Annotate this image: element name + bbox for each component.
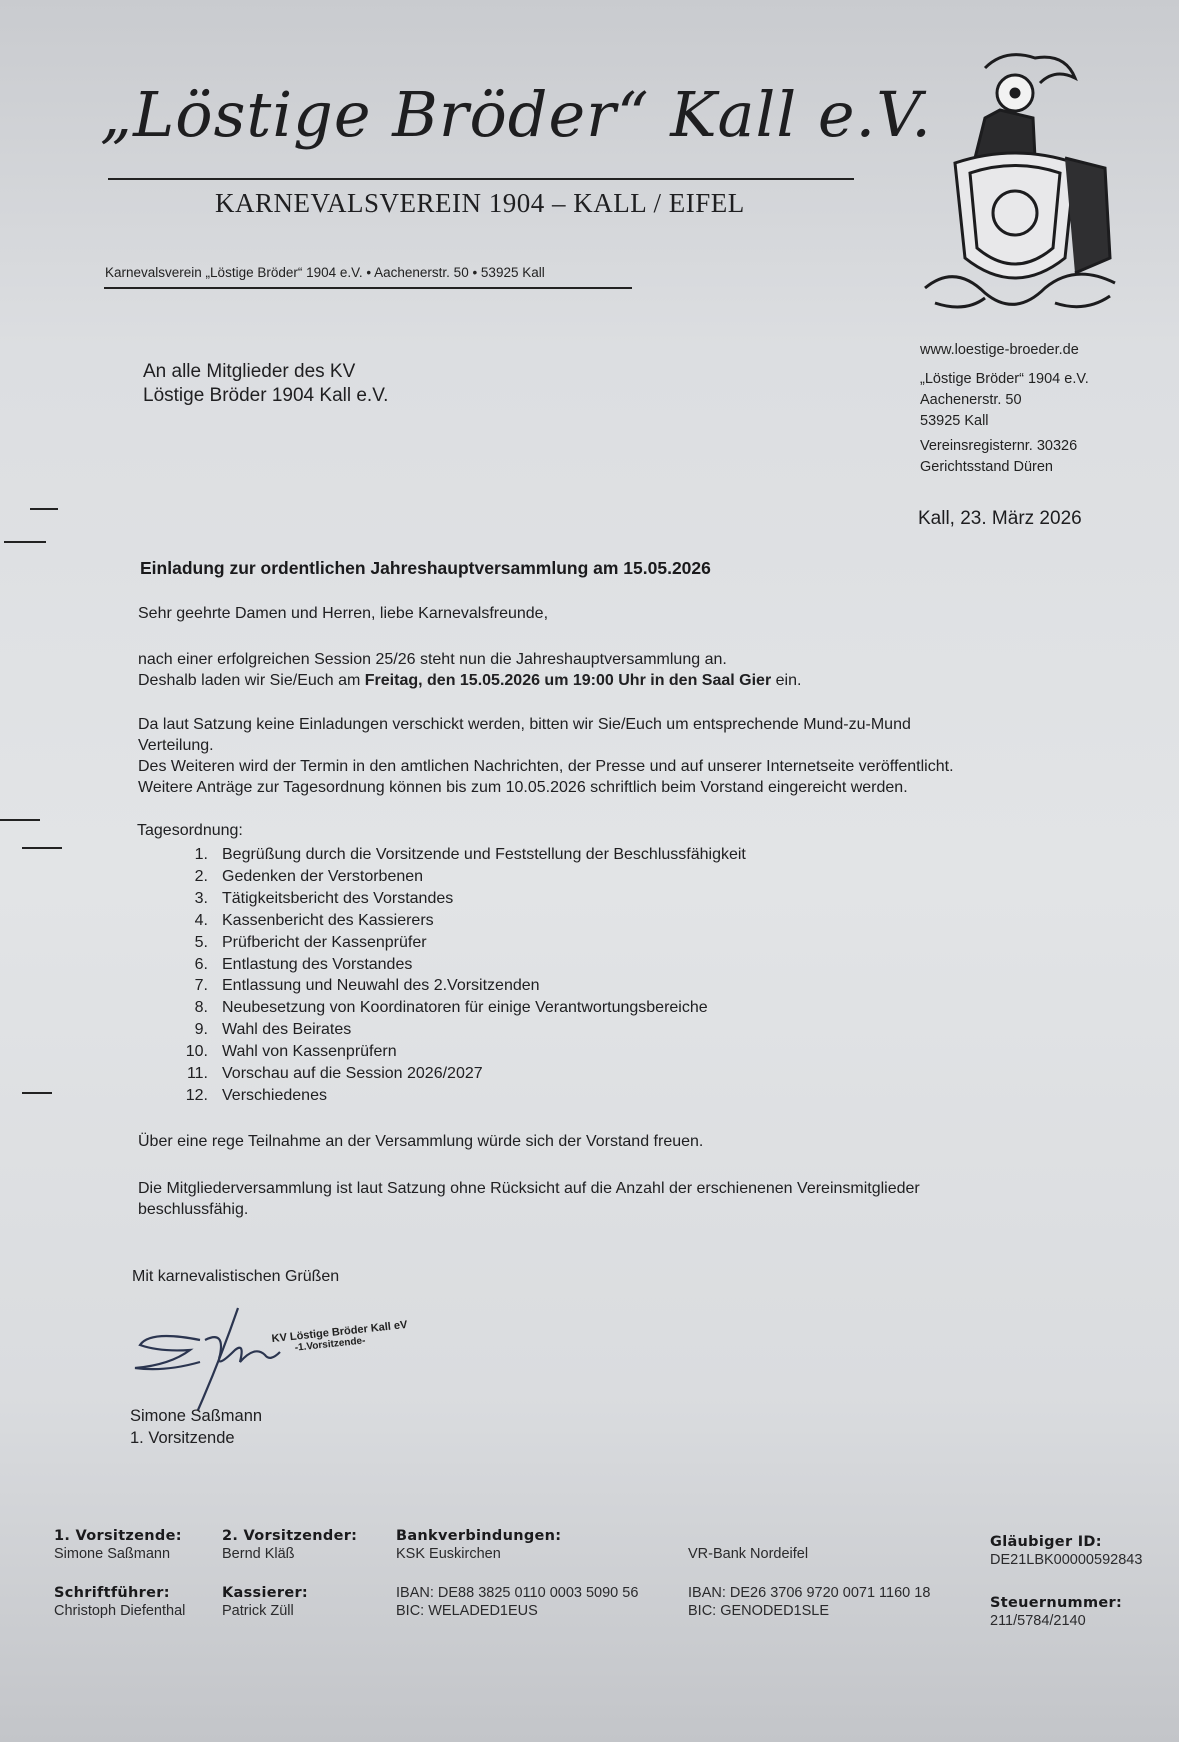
signer-block: Simone Saßmann 1. Vorsitzende — [130, 1405, 262, 1449]
agenda-item-number: 9. — [170, 1019, 208, 1041]
signer-name: Simone Saßmann — [130, 1405, 262, 1427]
agenda-item: 12.Verschiedenes — [170, 1085, 746, 1107]
agenda-item: 2.Gedenken der Verstorbenen — [170, 866, 746, 888]
club-subtitle: KARNEVALSVEREIN 1904 – KALL / EIFEL — [215, 188, 745, 219]
agenda-item: 9.Wahl des Beirates — [170, 1019, 746, 1041]
fold-mark — [22, 847, 62, 849]
agenda-item-number: 2. — [170, 866, 208, 888]
footer-chair-2: 2. Vorsitzender: Bernd Kläß — [222, 1527, 357, 1563]
agenda-item-number: 6. — [170, 954, 208, 976]
footer-treasurer: Kassierer: Patrick Züll — [222, 1584, 308, 1620]
paragraph-3: Über eine rege Teilnahme an der Versamml… — [138, 1131, 1038, 1152]
agenda-label: Tagesordnung: — [137, 822, 243, 840]
return-address: Karnevalsverein „Löstige Bröder“ 1904 e.… — [105, 265, 545, 280]
footer-bank-1: Bankverbindungen: KSK Euskirchen — [396, 1527, 561, 1563]
agenda-item-text: Tätigkeitsbericht des Vorstandes — [222, 890, 453, 907]
org-street: Aachenerstr. 50 — [920, 390, 1089, 411]
agenda-item: 1.Begrüßung durch die Vorsitzende und Fe… — [170, 844, 746, 866]
agenda-item-text: Entlassung und Neuwahl des 2.Vorsitzende… — [222, 977, 540, 994]
agenda-item-number: 1. — [170, 844, 208, 866]
agenda-item-number: 10. — [170, 1041, 208, 1063]
club-contact-block: www.loestige-broeder.de „Löstige Bröder“… — [920, 340, 1089, 478]
agenda-item: 11.Vorschau auf die Session 2026/2027 — [170, 1063, 746, 1085]
agenda-item-number: 8. — [170, 997, 208, 1019]
fold-mark — [0, 819, 40, 821]
agenda-item: 10.Wahl von Kassenprüfern — [170, 1041, 746, 1063]
agenda-item-text: Begrüßung durch die Vorsitzende und Fest… — [222, 846, 746, 863]
court: Gerichtsstand Düren — [920, 457, 1089, 478]
agenda-item-text: Prüfbericht der Kassenprüfer — [222, 934, 427, 951]
agenda-item-number: 4. — [170, 910, 208, 932]
jester-mascot-icon — [915, 48, 1125, 338]
letter-subject: Einladung zur ordentlichen Jahreshauptve… — [140, 558, 711, 579]
footer-tax-number: Steuernummer: 211/5784/2140 — [990, 1594, 1122, 1630]
agenda-item-text: Entlastung des Vorstandes — [222, 956, 412, 973]
footer-bank-2: VR-Bank Nordeifel — [688, 1545, 808, 1563]
agenda-item-text: Verschiedenes — [222, 1087, 327, 1104]
fold-mark — [22, 1092, 52, 1094]
paragraph-4: Die Mitgliederversammlung ist laut Satzu… — [138, 1178, 1038, 1220]
org-city: 53925 Kall — [920, 411, 1089, 432]
agenda-item-text: Wahl von Kassenprüfern — [222, 1043, 397, 1060]
footer-secretary: Schriftführer: Christoph Diefenthal — [54, 1584, 185, 1620]
recipient-block: An alle Mitglieder des KV Löstige Bröder… — [143, 360, 388, 408]
footer-creditor-id: Gläubiger ID: DE21LBK00000592843 — [990, 1533, 1142, 1569]
agenda-item-number: 12. — [170, 1085, 208, 1107]
agenda-item-number: 3. — [170, 888, 208, 910]
signer-role: 1. Vorsitzende — [130, 1427, 262, 1449]
agenda-item: 7.Entlassung und Neuwahl des 2.Vorsitzen… — [170, 975, 746, 997]
agenda-item-text: Neubesetzung von Koordinatoren für einig… — [222, 999, 708, 1016]
agenda-item-text: Wahl des Beirates — [222, 1021, 351, 1038]
recipient-line-1: An alle Mitglieder des KV — [143, 360, 388, 384]
fold-mark — [4, 541, 46, 543]
invitation-line: Deshalb laden wir Sie/Euch am Freitag, d… — [138, 670, 1038, 691]
agenda-item-text: Kassenbericht des Kassierers — [222, 912, 434, 929]
signature — [130, 1300, 310, 1420]
agenda-item-number: 7. — [170, 975, 208, 997]
return-address-rule — [104, 287, 632, 289]
letter-date: Kall, 23. März 2026 — [918, 508, 1082, 530]
agenda-item: 3.Tätigkeitsbericht des Vorstandes — [170, 888, 746, 910]
agenda-item: 6.Entlastung des Vorstandes — [170, 954, 746, 976]
paragraph-1: nach einer erfolgreichen Session 25/26 s… — [138, 649, 1038, 691]
meeting-details: Freitag, den 15.05.2026 um 19:00 Uhr in … — [365, 672, 771, 689]
recipient-line-2: Löstige Bröder 1904 Kall e.V. — [143, 384, 388, 408]
title-rule — [108, 178, 854, 180]
salutation: Sehr geehrte Damen und Herren, liebe Kar… — [138, 603, 1038, 624]
paragraph-2: Da laut Satzung keine Einladungen versch… — [138, 714, 1038, 798]
agenda-item-number: 11. — [170, 1063, 208, 1085]
closing: Mit karnevalistischen Grüßen — [132, 1266, 1032, 1287]
footer-bank-2-details: IBAN: DE26 3706 9720 0071 1160 18 BIC: G… — [688, 1584, 930, 1620]
register-number: Vereinsregisternr. 30326 — [920, 436, 1089, 457]
agenda-list: 1.Begrüßung durch die Vorsitzende und Fe… — [170, 844, 746, 1107]
fold-mark — [30, 508, 58, 510]
agenda-item: 5.Prüfbericht der Kassenprüfer — [170, 932, 746, 954]
agenda-item-text: Gedenken der Verstorbenen — [222, 868, 423, 885]
website-link[interactable]: www.loestige-broeder.de — [920, 340, 1089, 361]
agenda-item-number: 5. — [170, 932, 208, 954]
footer-bank-1-details: IBAN: DE88 3825 0110 0003 5090 56 BIC: W… — [396, 1584, 638, 1620]
agenda-item-text: Vorschau auf die Session 2026/2027 — [222, 1065, 483, 1082]
agenda-item: 4.Kassenbericht des Kassierers — [170, 910, 746, 932]
org-name: „Löstige Bröder“ 1904 e.V. — [920, 369, 1089, 390]
footer-chair-1: 1. Vorsitzende: Simone Saßmann — [54, 1527, 182, 1563]
agenda-item: 8.Neubesetzung von Koordinatoren für ein… — [170, 997, 746, 1019]
club-script-title: „Löstige Bröder“ Kall e.V. — [100, 78, 932, 151]
